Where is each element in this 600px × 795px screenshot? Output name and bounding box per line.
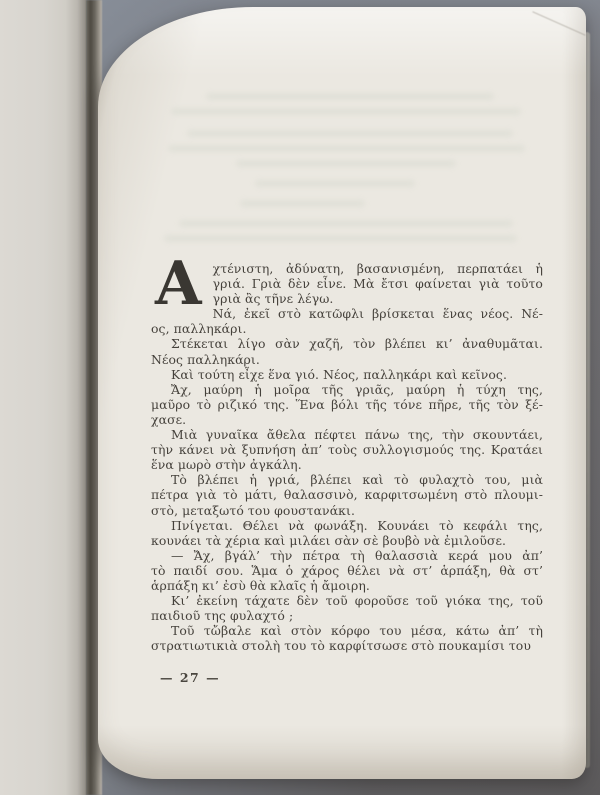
text-line: μαῦρο τὸ ριζικό της. Ἕνα βόλι τῆς τόνε π… [151,397,543,412]
text-line: παιδιοῦ της φυλαχτό ; [151,608,543,623]
text-line: Μιὰ γυναῖκα ἄθελα πέφτει πάνω της, τὴν σ… [151,427,543,442]
text-line: πέτρα γιὰ τὸ μάτι, θαλασσινὸ, καρφιτσωμέ… [151,487,543,502]
text-line: ος, παλληκάρι. [151,321,543,336]
text-line: Κι’ ἐκείνη τάχατε δὲν τοῦ φοροῦσε τοῦ γι… [151,593,543,608]
bleedthrough-line [168,145,525,152]
text-line: Νέος παλληκάρι. [151,352,543,367]
text-line: χασε. [151,412,543,427]
bleedthrough-line [255,180,415,187]
bleedthrough-line [236,160,456,167]
bleedthrough-line [164,235,517,242]
left-page-edge [0,0,86,795]
text-line: ἕνα μωρὸ στὴν ἀγκάλη. [151,457,543,472]
text-line: στὸ, μεταξωτό του φουστανάκι. [151,503,543,518]
bleedthrough-line [187,130,514,137]
text-line: Στέκεται λίγο σὰν χαζῆ, τὸν βλέπει κι’ ἀ… [151,336,543,351]
drop-cap-letter: Α [151,259,213,309]
text-line: ἁρπάξη κι’ ἐσὺ θὰ κλαῖς ἡ ἄμοιρη. [151,578,543,593]
text-line: τὴν κάνει νὰ ξυπνήση ἀπ’ τοὺς συλλογισμο… [151,442,543,457]
page-bleedthrough [160,93,540,250]
text-line: Πνίγεται. Θέλει νὰ φωνάξη. Κουνάει τὸ κε… [151,518,543,533]
bleedthrough-line [206,93,495,100]
book-page: Α χτένιστη, ἀδύνατη, βασανισμένη, περπατ… [98,7,586,779]
text-line: κουνάει τὰ χέρια καὶ μιλάει σὰν σὲ βουβὸ… [151,533,543,548]
text-line: — Ἄχ, βγάλ’ τὴν πέτρα τὴ θαλασσιὰ κερά μ… [151,548,543,563]
bleedthrough-line [171,108,521,115]
page-corner-crease [532,11,585,36]
text-line: Τοῦ τὤβαλε καὶ στὸν κόρφο του μέσα, κάτω… [151,623,543,638]
book-photo: Α χτένιστη, ἀδύνατη, βασανισμένη, περπατ… [0,0,600,795]
text-line: στρατιωτικιὰ στολὴ του τὸ καρφίτσωσε στὸ… [151,638,543,653]
text-line: Τὸ βλέπει ἡ γριά, βλέπει καὶ τὸ φυλαχτὸ … [151,472,543,487]
bleedthrough-line [240,200,365,207]
text-line: Καὶ τούτη εἶχε ἕνα γιό. Νέος, παλληκάρι … [151,367,543,382]
bleedthrough-line [179,220,513,227]
text-lines: Α χτένιστη, ἀδύνατη, βασανισμένη, περπατ… [151,261,543,653]
text-line: Ἄχ, μαύρη ἡ μοῖρα τῆς γριᾶς, μαύρη ἡ τύχ… [151,382,543,397]
page-number: — 27 — [160,670,220,685]
text-line: τὸ παιδί σου. Ἅμα ὁ χάρος θέλει νὰ στ’ ἁ… [151,563,543,578]
